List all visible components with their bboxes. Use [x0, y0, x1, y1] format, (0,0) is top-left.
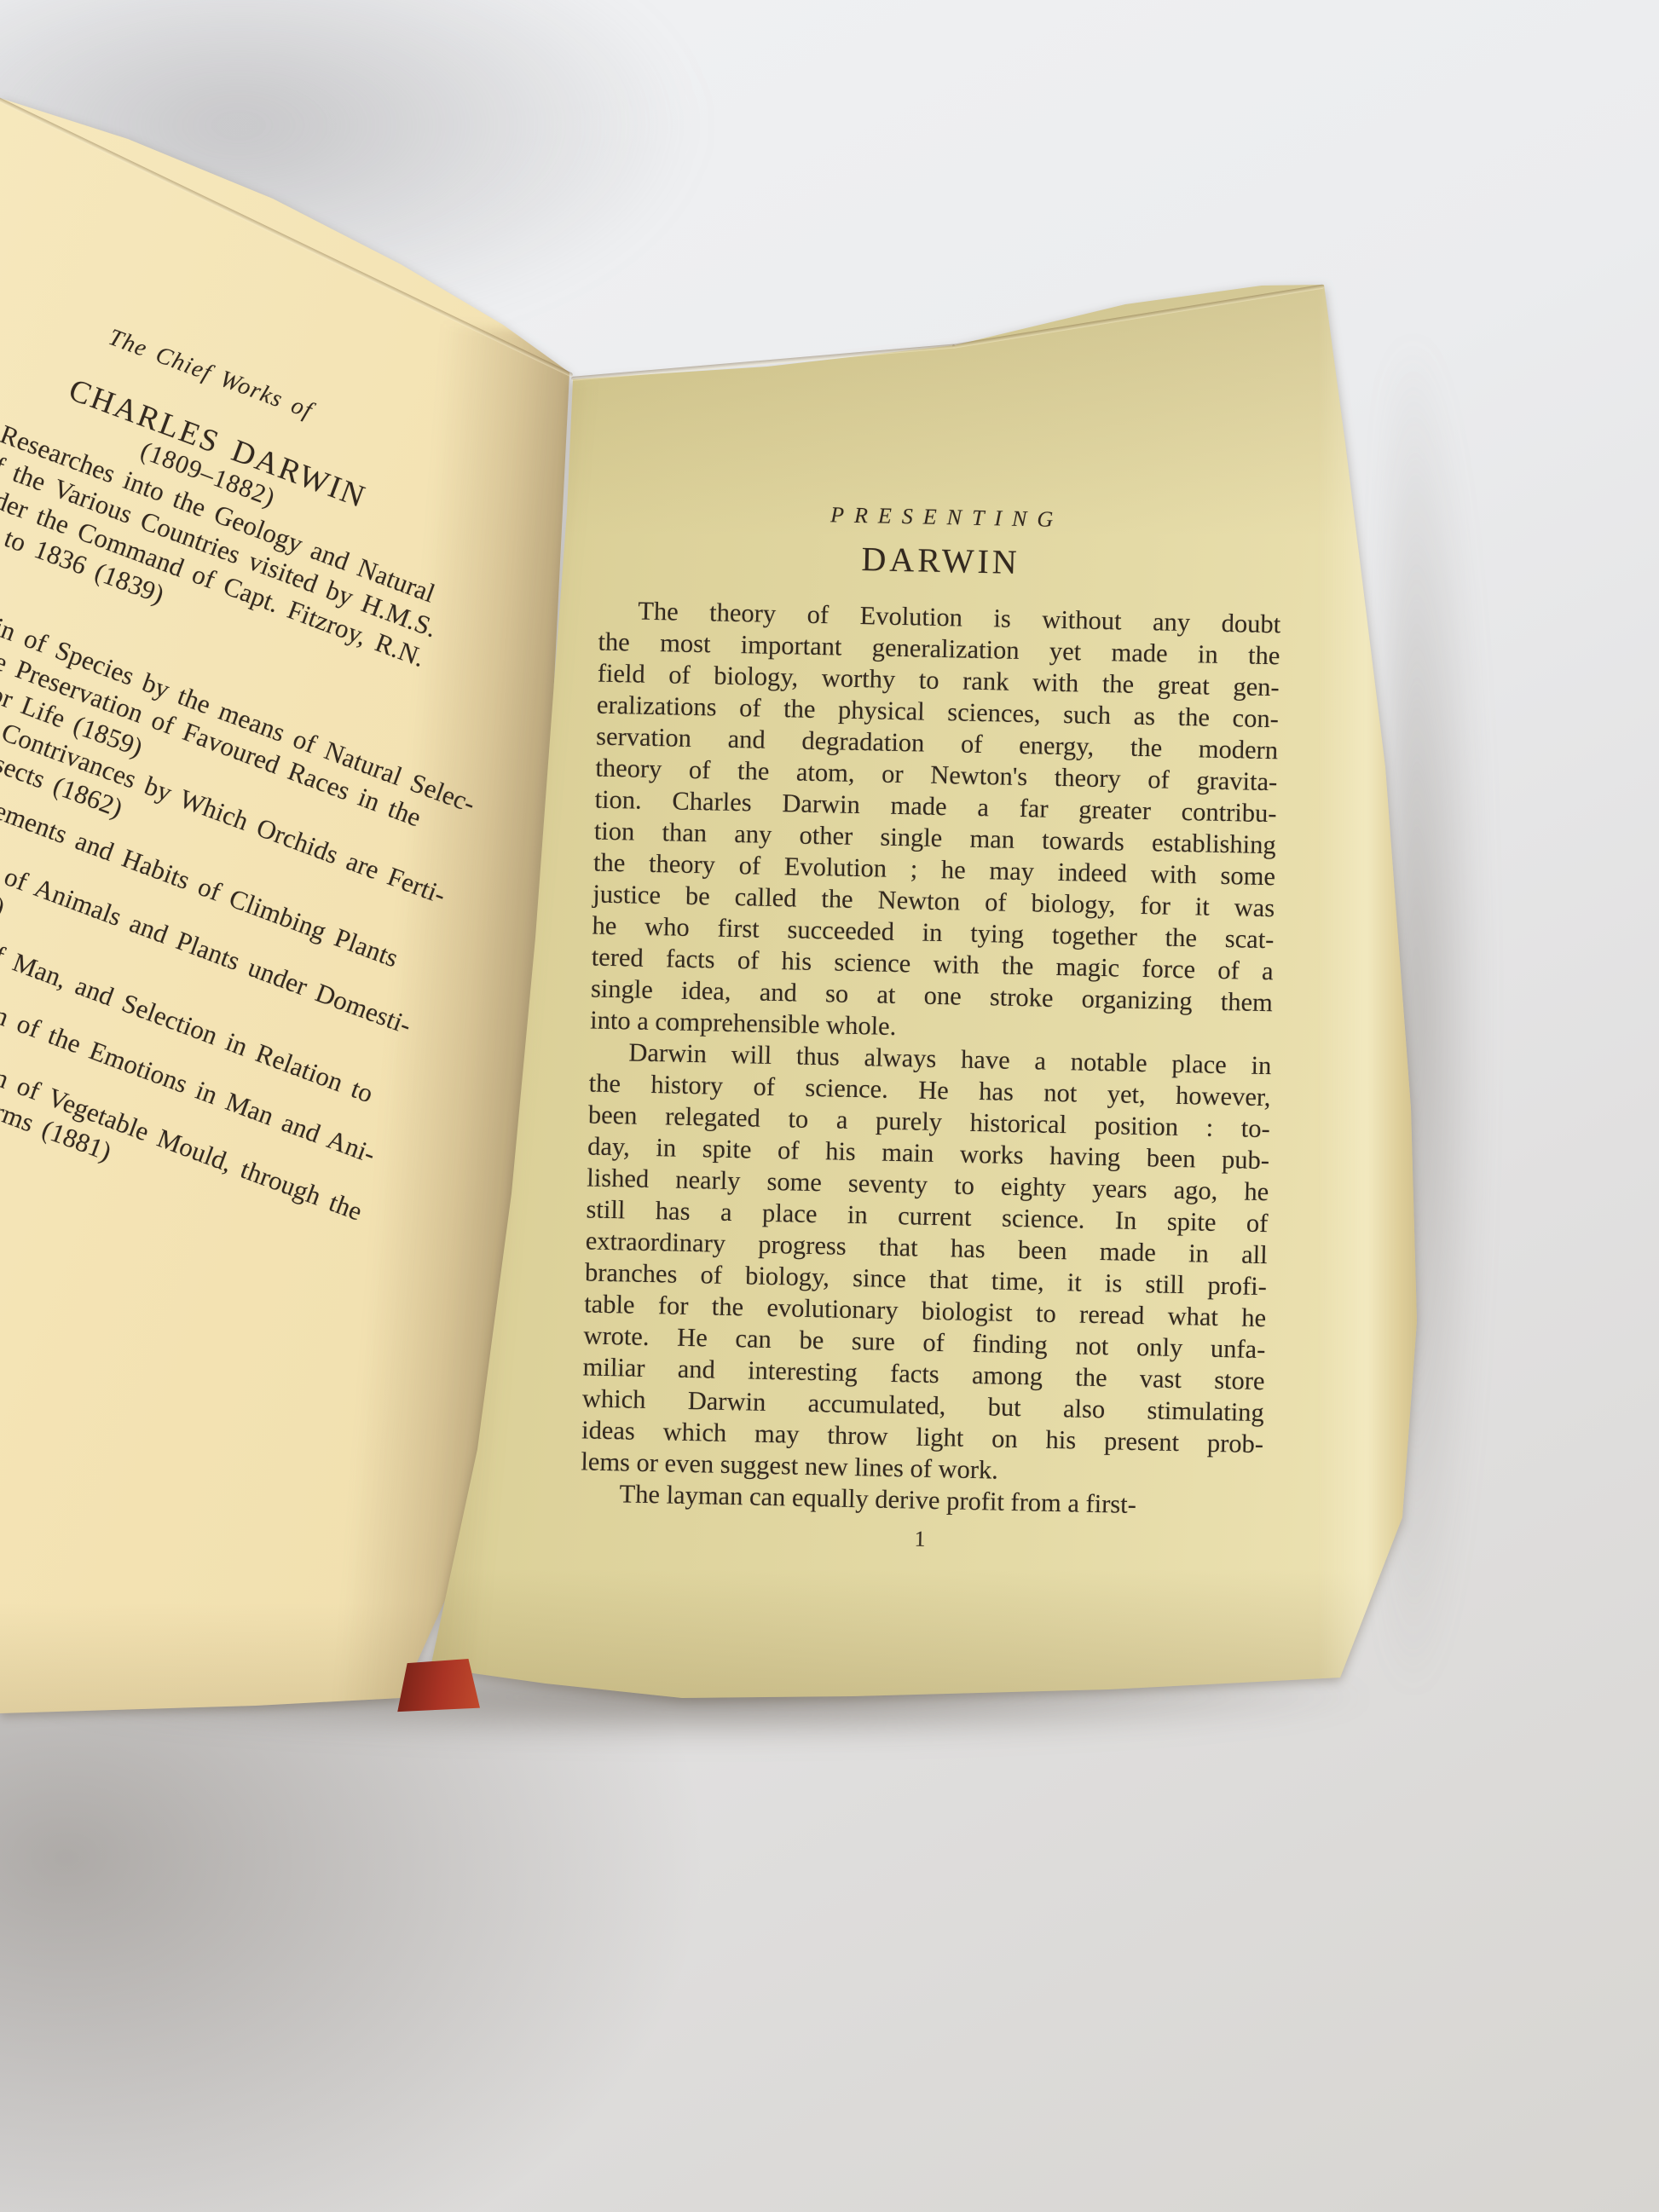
chapter-title: DARWIN	[599, 535, 1282, 587]
gutter-shading	[310, 367, 596, 1706]
right-page-text: PRESENTING DARWIN The theory of Evolutio…	[579, 498, 1283, 1559]
chapter-paragraphs: The theory of Evolution is without any d…	[580, 595, 1280, 1524]
right-page: PRESENTING DARWIN The theory of Evolutio…	[0, 0, 1659, 2212]
book-photo: The Chief Works of CHARLES DARWIN (1809–…	[0, 0, 1659, 2212]
fore-edge	[1317, 273, 1428, 1696]
page-number: 1	[579, 1519, 1261, 1559]
page-bottom-shading	[392, 1568, 1432, 1705]
right-page-wrap: PRESENTING DARWIN The theory of Evolutio…	[0, 0, 1659, 2212]
